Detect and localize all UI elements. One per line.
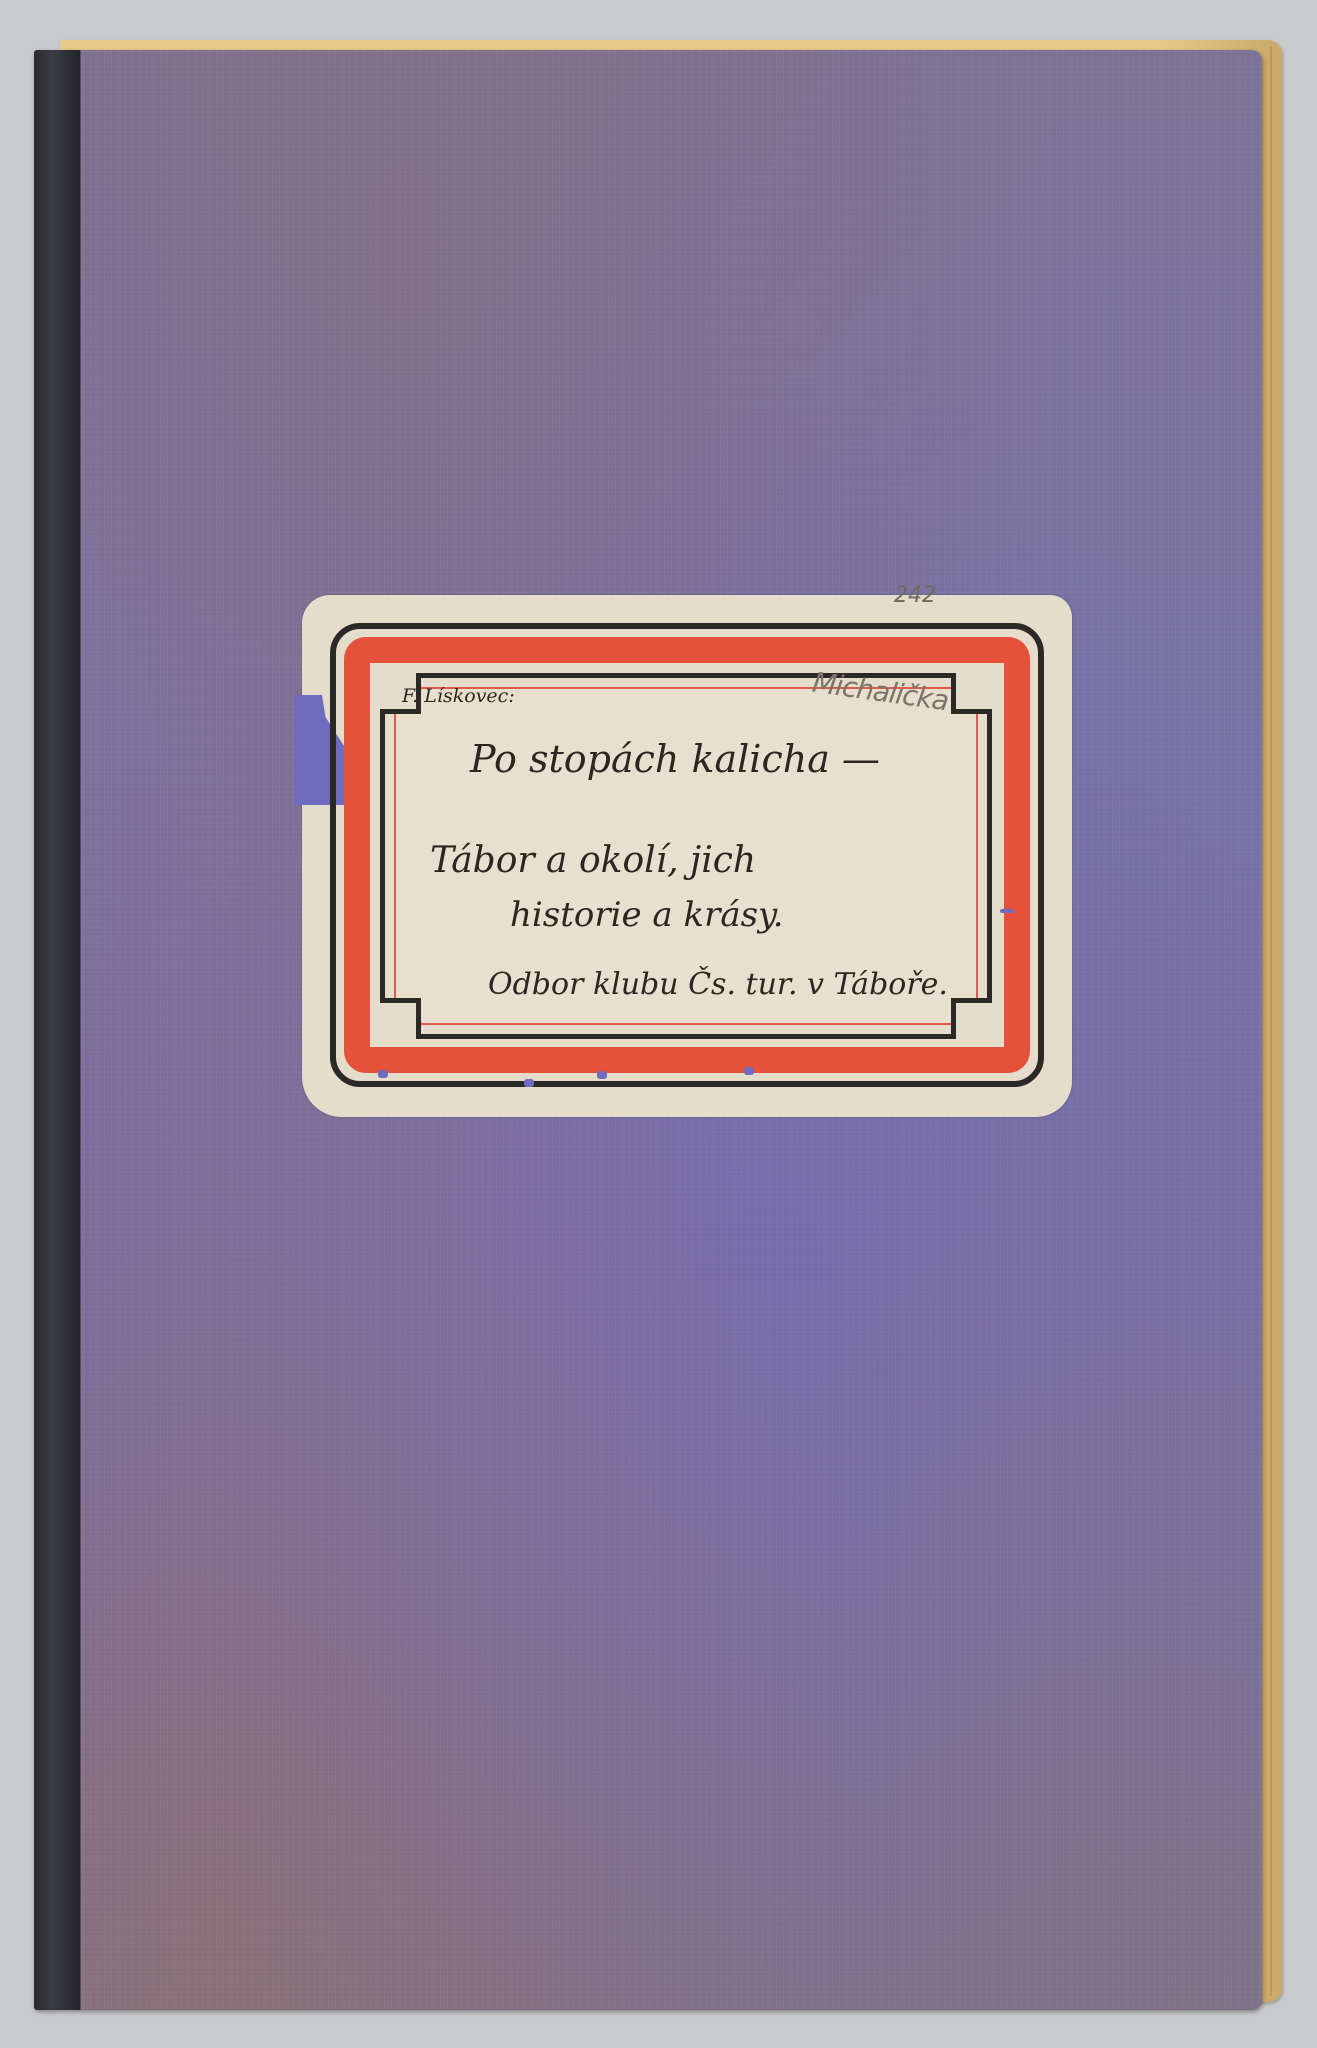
catalog-number: 242	[894, 583, 936, 608]
label-corner-notch	[380, 998, 421, 1039]
cloth-spine	[34, 50, 81, 2010]
ink-spot	[378, 1070, 388, 1078]
title-line-2: Tábor a okolí, jich	[430, 840, 756, 881]
ink-spot	[524, 1079, 534, 1087]
author-line: F. Lískovec:	[402, 685, 515, 707]
publisher-line: Odbor klubu Čs. tur. v Táboře.	[488, 967, 948, 1002]
label-corner-notch	[951, 998, 992, 1039]
ink-spot	[1000, 909, 1014, 913]
title-line-3: historie a krásy.	[510, 895, 784, 935]
ink-spot	[744, 1067, 754, 1075]
cover-label: 242 F. Lískovec: Michalička Po stopách k…	[302, 595, 1072, 1117]
notebook-cover: 242 F. Lískovec: Michalička Po stopách k…	[34, 50, 1262, 2010]
title-line-1: Po stopách kalicha —	[470, 737, 880, 781]
ink-spot	[597, 1071, 607, 1079]
label-corner-notch	[951, 673, 992, 714]
